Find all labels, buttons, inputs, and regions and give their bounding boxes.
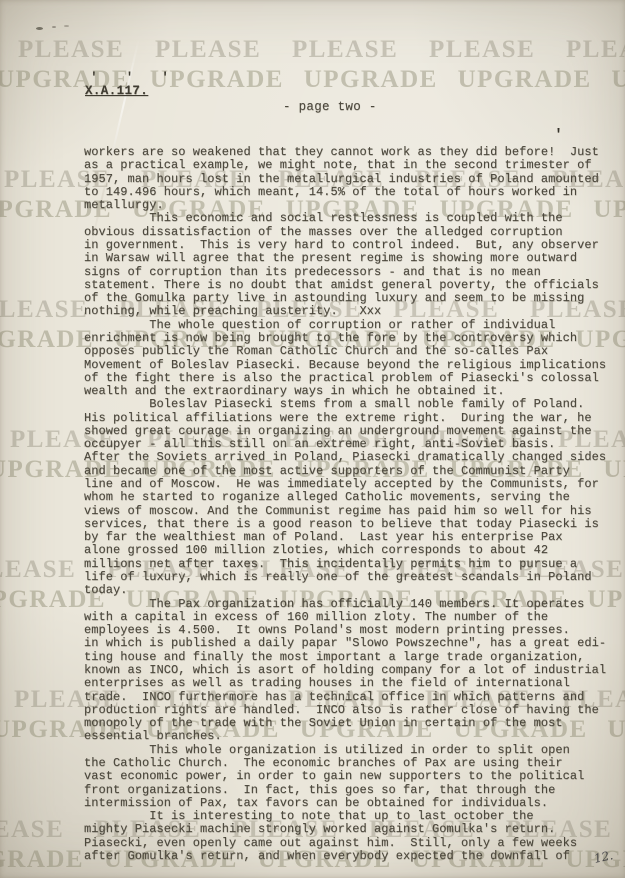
document-line: with a capital in excess of 160 million …: [84, 611, 606, 624]
document-line: signs of corruption than its predecessor…: [84, 266, 606, 279]
document-line: and became one of the most active suppor…: [84, 465, 606, 478]
document-line: the Catholic Church. The economic branch…: [84, 757, 606, 770]
document-line: metallurgy.: [84, 199, 606, 212]
document-line: known as INCO, which is asort of holding…: [84, 664, 606, 677]
document-line: as a practical example, we might note, t…: [84, 159, 606, 172]
document-line: 1957, man hours lost in the metallurgica…: [84, 173, 606, 186]
document-line: in government. This is very hard to cont…: [84, 239, 606, 252]
document-line: life of luxury, which is really one of t…: [84, 571, 606, 584]
document-line: today.: [84, 584, 606, 597]
document-line: in which is published a daily papar "Slo…: [84, 637, 606, 650]
document-line: whom he started to roganize alleged Cath…: [84, 491, 606, 504]
document-line: statement. There is no doubt that amidst…: [84, 279, 606, 292]
document-line: The Pax organization has officially 140 …: [84, 598, 606, 611]
document-line: vast economic power, in order to gain ne…: [84, 770, 606, 783]
document-line: After the Soviets arrived in Poland, Pia…: [84, 451, 606, 464]
document-line: This economic and social restlessness is…: [84, 212, 606, 225]
document-line: line and of Moscow. He was immediately a…: [84, 478, 606, 491]
document-line: alone grossed 100 million zloties, which…: [84, 544, 606, 557]
document-line: occupyer - all this still on an extreme …: [84, 438, 606, 451]
watermark-row-please: PLEASE PLEASE PLEASE PLEASE PLEASE PLEAS…: [18, 36, 625, 64]
document-line: Boleslav Piasecki stems from a small nob…: [84, 398, 606, 411]
document-line: wealth and the extraordinary ways in whi…: [84, 385, 606, 398]
document-line: obvious dissatisfaction of the masses ov…: [84, 226, 606, 239]
document-line: to 149.496 hours, which meant, 14.5% of …: [84, 186, 606, 199]
document-line: views of moscow. And the Communist regim…: [84, 505, 606, 518]
document-line: intermission of Pax, tax favors can be o…: [84, 797, 606, 810]
document-line: This whole organization is utilized in o…: [84, 744, 606, 757]
document-line: workers are so weakened that they cannot…: [84, 146, 606, 159]
ink-speck: [64, 25, 69, 27]
document-line: enrichment is now being brought to the f…: [84, 332, 606, 345]
document-line: in Warsaw will agree that the present re…: [84, 252, 606, 265]
ink-speck: [52, 26, 56, 28]
document-line: nothing, while preaching austerity. Xxx: [84, 305, 606, 318]
document-line: front organizations. In fact, this goes …: [84, 784, 606, 797]
stray-ink-mark: ': [554, 127, 563, 144]
document-line: opposes publicly the Roman Catholic Chur…: [84, 345, 606, 358]
document-line: enterprises as well as trading houses in…: [84, 677, 606, 690]
typewritten-body: workers are so weakened that they cannot…: [84, 146, 606, 863]
document-line: Piasecki, even openly came out against h…: [84, 837, 606, 850]
ink-speck: [36, 27, 43, 30]
typed-test-strikes: ' ' ': [90, 70, 179, 85]
document-line: showed great courage in organizing an un…: [84, 425, 606, 438]
document-reference-number: X.A.117.: [85, 84, 148, 98]
document-line: Movement of Boleslav Piasecki. Because b…: [84, 359, 606, 372]
document-line: trade. INCO furthermore has a technical …: [84, 691, 606, 704]
document-line: millions net after taxes. This incidenta…: [84, 558, 606, 571]
document-line: production rights are handled. INCO also…: [84, 704, 606, 717]
document-line: monopoly of the trade with the Soviet Un…: [84, 717, 606, 730]
handwritten-page-number: 12.: [593, 848, 615, 866]
document-line: by far the wealthiest man of Poland. Las…: [84, 531, 606, 544]
document-line: His political affiliations were the extr…: [84, 412, 606, 425]
document-line: The whole question of corruption or rath…: [84, 319, 606, 332]
document-line: essential branches.: [84, 730, 606, 743]
document-line: mighty Piasecki machine strongly worked …: [84, 823, 606, 836]
document-line: of the fight there is also the practical…: [84, 372, 606, 385]
document-line: employees is 4.500. It owns Poland's mos…: [84, 624, 606, 637]
page-number-label: - page two -: [283, 100, 377, 114]
document-line: of the Gomulka party live in astounding …: [84, 292, 606, 305]
scanned-document-page: PLEASE PLEASE PLEASE PLEASE PLEASE PLEAS…: [0, 0, 625, 878]
document-line: ting house and finally the most importan…: [84, 651, 606, 664]
document-line: services, that there is a good reason to…: [84, 518, 606, 531]
document-line: after Gomulka's return, and when everybo…: [84, 850, 606, 863]
document-line: It is interesting to note that up to las…: [84, 810, 606, 823]
